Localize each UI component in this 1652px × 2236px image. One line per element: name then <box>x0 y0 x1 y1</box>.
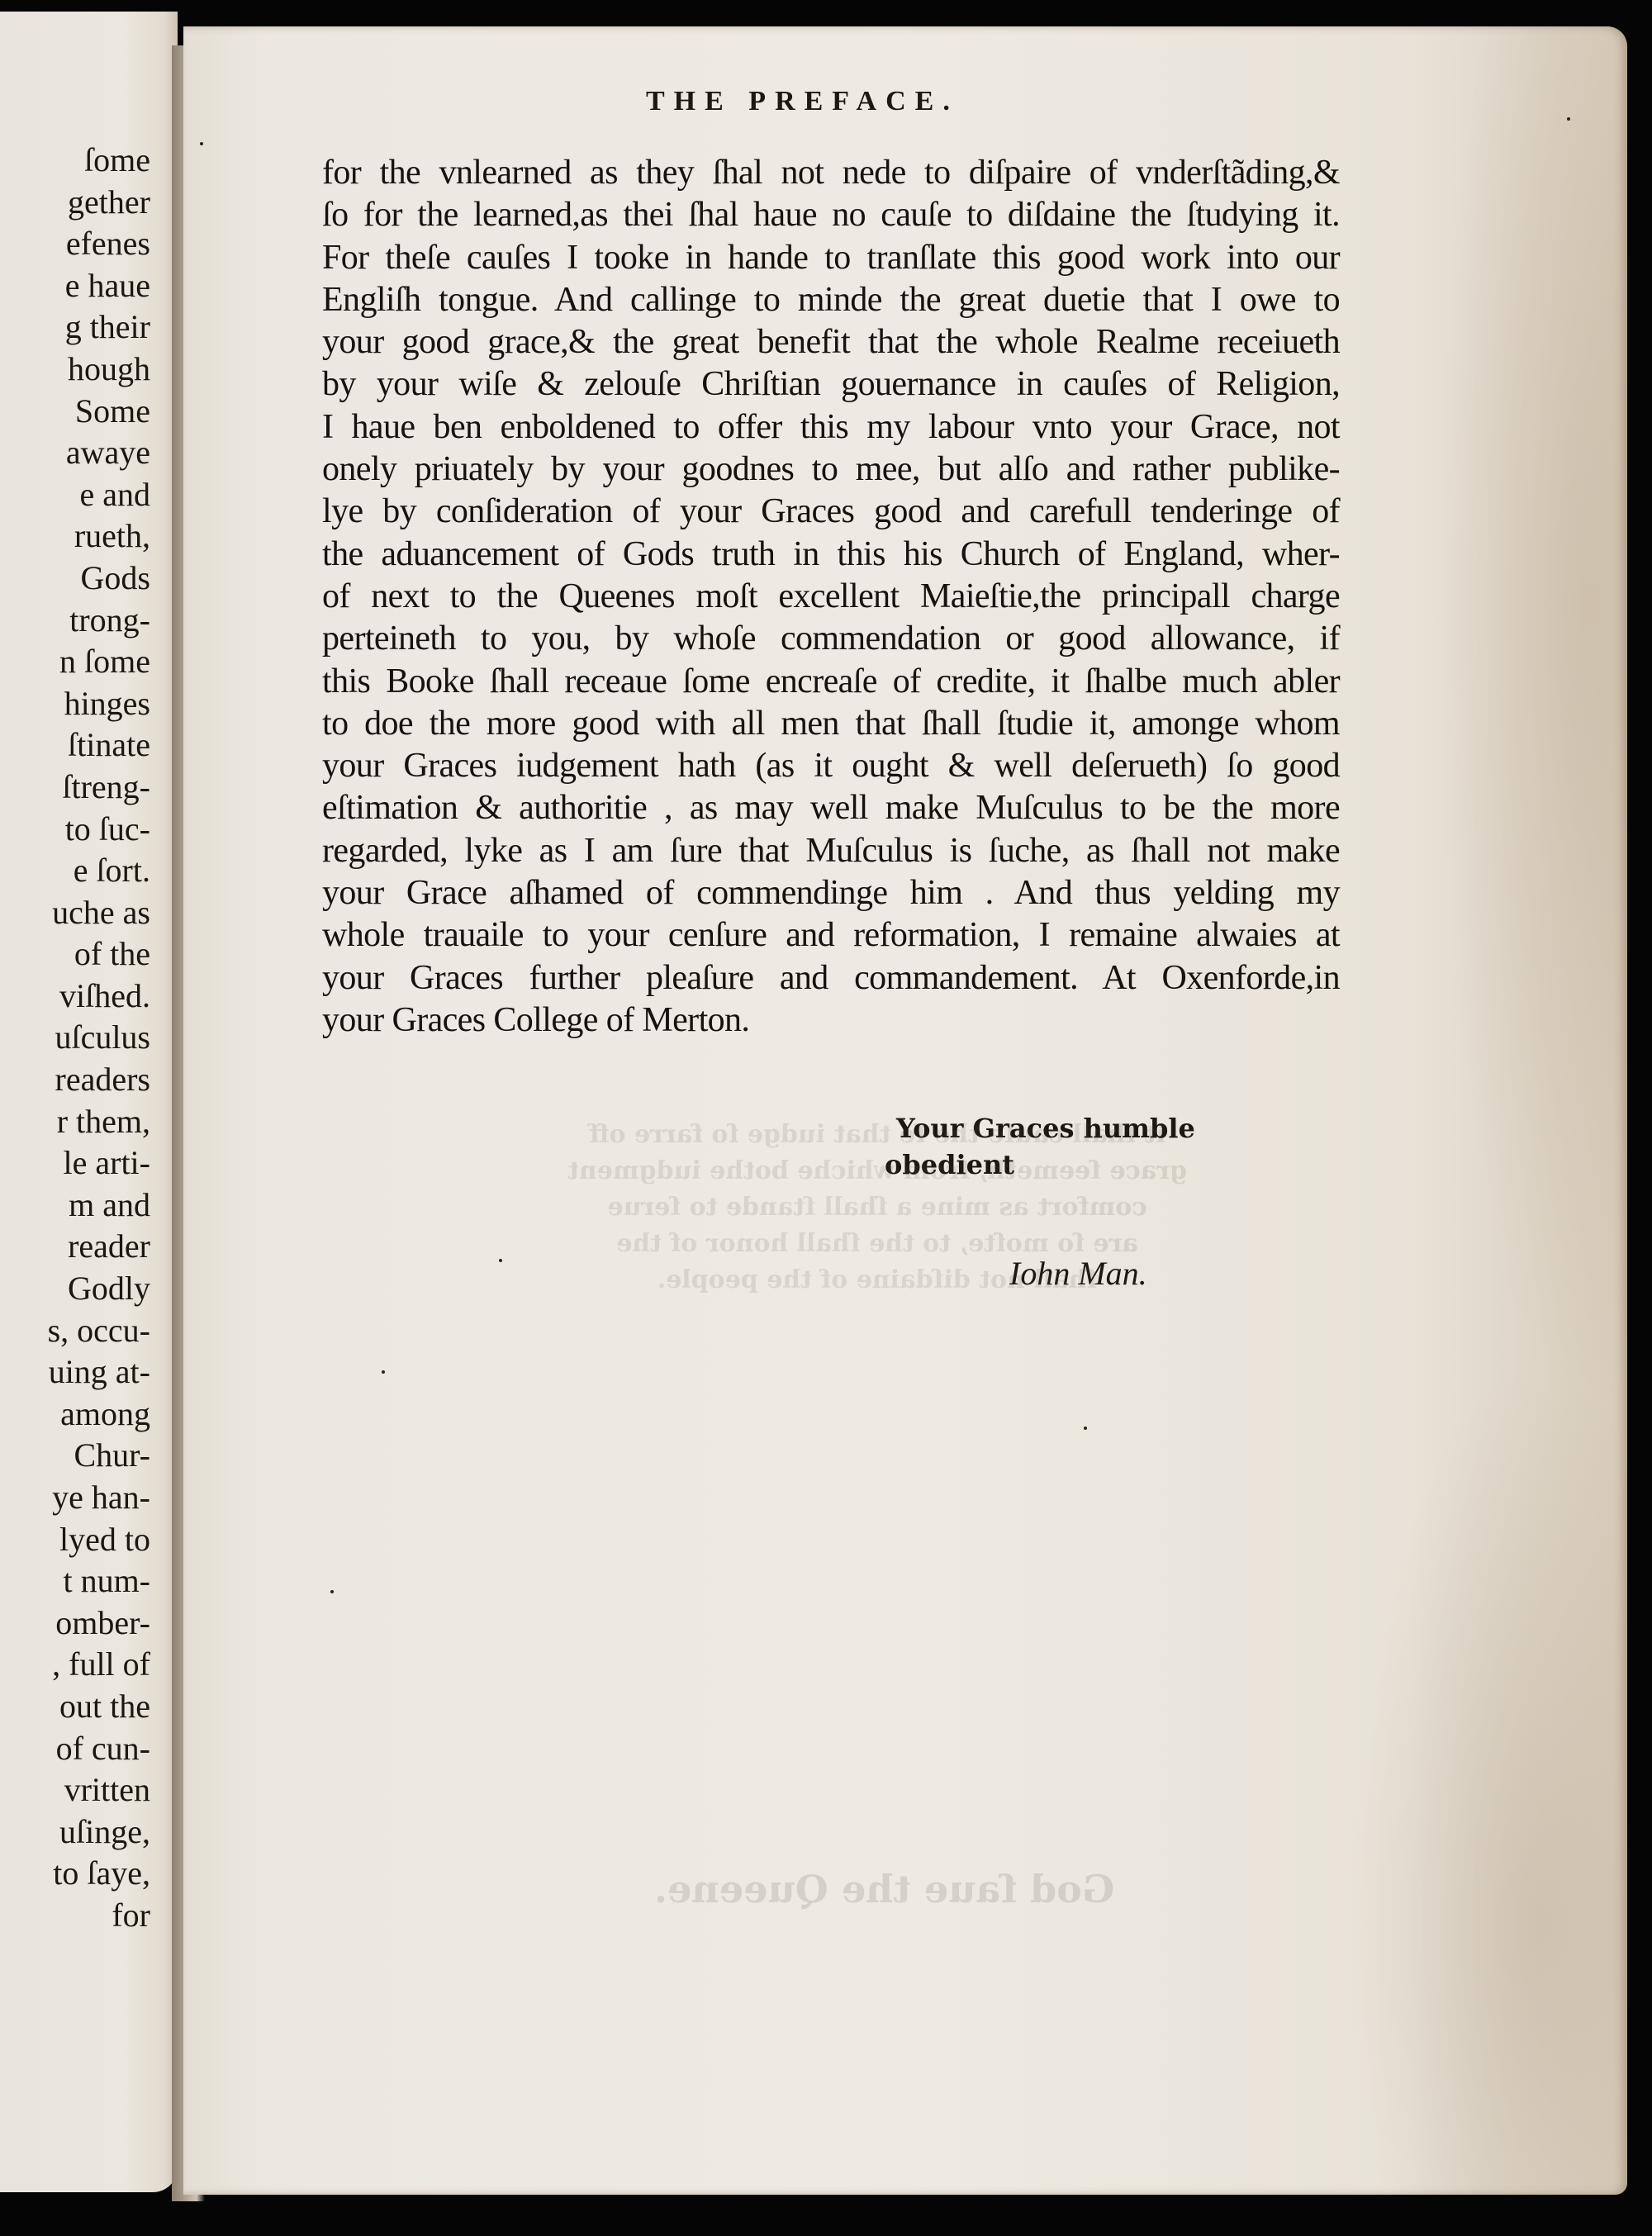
left-page-line-fragment: Godly <box>0 1268 165 1310</box>
left-page-line-fragment: efenes <box>0 223 165 265</box>
left-page-line-fragment: of the <box>0 933 165 976</box>
body-line: For theſe cauſes I tooke in hande to tra… <box>322 237 1340 279</box>
left-page-line-fragment: n ſome <box>0 641 165 683</box>
body-line: perteineth to you, by whoſe commendation… <box>322 618 1340 660</box>
left-page-text-fragments: ſomegetherefenese haueg theirhoughSomeaw… <box>0 140 165 1937</box>
show-through-line: grace ſeemeth, from whiche bothe iudgmen… <box>282 1153 1472 1189</box>
preface-body: for the vnlearned as they ſhal not nede … <box>322 152 1340 1042</box>
body-line: the aduancement of Gods truth in this hi… <box>322 534 1340 576</box>
body-line: to doe the more good with all men that ſ… <box>322 703 1340 745</box>
show-through-line: are ſo moſte, to the ſhall honor of the <box>282 1226 1472 1262</box>
left-page-line-fragment: uſculus <box>0 1017 165 1059</box>
left-page-line-fragment: , full of <box>0 1644 165 1686</box>
body-line: Engliſh tongue. And callinge to minde th… <box>322 279 1340 321</box>
body-line: I haue ben enboldened to offer this my l… <box>322 406 1340 449</box>
left-page-line-fragment: viſhed. <box>0 976 165 1018</box>
show-through-line: ſhall not diſdaine of the people. <box>282 1262 1472 1298</box>
left-page-line-fragment: reader <box>0 1226 165 1268</box>
body-line: by your wiſe & zelouſe Chriſtian gouerna… <box>322 363 1340 406</box>
paper-speck <box>1567 117 1570 121</box>
body-line: eſtimation & authoritie , as may well ma… <box>322 787 1340 829</box>
left-page-line-fragment: hinges <box>0 683 165 725</box>
left-page-line-fragment: Chur- <box>0 1435 165 1477</box>
left-page-line-fragment: e ſort. <box>0 850 165 892</box>
left-page-line-fragment: gether <box>0 182 165 224</box>
body-line: your Grace aſhamed of commendinge him . … <box>322 872 1340 914</box>
left-page-line-fragment: to ſaye, <box>0 1853 165 1895</box>
paper-speck <box>200 142 203 145</box>
left-page-line-fragment: m and <box>0 1184 165 1227</box>
show-through-footer: God ſaue the Queene. <box>654 1867 1114 1911</box>
right-page: THE PREFACE. for the vnlearned as they ſ… <box>183 26 1627 2195</box>
left-page-line-fragment: vritten <box>0 1769 165 1811</box>
paper-speck <box>1084 1427 1087 1430</box>
left-page-line-fragment: uſinge, <box>0 1811 165 1854</box>
left-page-line-fragment: trong- <box>0 600 165 642</box>
left-page-line-fragment: ſtinate <box>0 724 165 767</box>
left-page-line-fragment: Some <box>0 391 165 433</box>
left-page-line-fragment: uing at- <box>0 1351 165 1393</box>
show-through-text: it ſhall cauſe the ſe that iudge ſo farr… <box>282 1117 1472 1298</box>
left-page-line-fragment: ſtreng- <box>0 767 165 809</box>
body-line: your Graces iudgement hath (as it ought … <box>322 745 1340 787</box>
left-page-line-fragment: Gods <box>0 558 165 600</box>
left-page-line-fragment: t num- <box>0 1560 165 1602</box>
left-page-line-fragment: r them, <box>0 1101 165 1143</box>
show-through-line: it ſhall cauſe the ſe that iudge ſo farr… <box>282 1117 1472 1153</box>
body-line: of next to the Queenes moſt excellent Ma… <box>322 576 1340 618</box>
left-page-line-fragment: to ſuc- <box>0 809 165 851</box>
paper-speck <box>382 1370 385 1374</box>
show-through-line: comfort as mine a ſhall ſtande to ſerue <box>282 1189 1472 1226</box>
left-page-line-fragment: for <box>0 1895 165 1937</box>
running-head: THE PREFACE. <box>646 86 959 117</box>
body-line: for the vnlearned as they ſhal not nede … <box>322 152 1340 194</box>
body-line: ſo for the learned,as thei ſhal haue no … <box>322 194 1340 236</box>
left-page-line-fragment: uche as <box>0 892 165 934</box>
left-page-line-fragment: readers <box>0 1059 165 1101</box>
left-page: ſomegetherefenese haueg theirhoughSomeaw… <box>0 12 178 2192</box>
left-page-line-fragment: ſome <box>0 140 165 182</box>
left-page-line-fragment: hough <box>0 349 165 391</box>
paper-speck <box>330 1590 334 1593</box>
left-page-line-fragment: g their <box>0 306 165 349</box>
body-line: whole trauaile to your cenſure and refor… <box>322 914 1340 957</box>
body-line: your Graces further pleaſure and command… <box>322 957 1340 999</box>
left-page-line-fragment: e and <box>0 474 165 516</box>
left-page-line-fragment: ye han- <box>0 1477 165 1519</box>
left-page-line-fragment: lyed to <box>0 1519 165 1561</box>
left-page-line-fragment: of cun- <box>0 1728 165 1770</box>
left-page-line-fragment: omber- <box>0 1602 165 1645</box>
body-line: onely priuately by your goodnes to mee, … <box>322 449 1340 491</box>
left-page-line-fragment: le arti- <box>0 1142 165 1184</box>
body-line: this Booke ſhall receaue ſome encreaſe o… <box>322 661 1340 703</box>
left-page-line-fragment: e haue <box>0 265 165 307</box>
left-page-line-fragment: out the <box>0 1686 165 1728</box>
left-page-line-fragment: awaye <box>0 432 165 474</box>
left-page-line-fragment: among <box>0 1393 165 1436</box>
left-page-line-fragment: rueth, <box>0 515 165 558</box>
paper-speck <box>499 1259 502 1262</box>
body-line: lye by conſideration of your Graces good… <box>322 491 1340 533</box>
body-line: your good grace,& the great benefit that… <box>322 321 1340 363</box>
body-line-final: your Graces College of Merton. <box>322 999 1340 1042</box>
body-line: regarded, lyke as I am ſure that Muſculu… <box>322 830 1340 872</box>
left-page-line-fragment: s, occu- <box>0 1310 165 1352</box>
